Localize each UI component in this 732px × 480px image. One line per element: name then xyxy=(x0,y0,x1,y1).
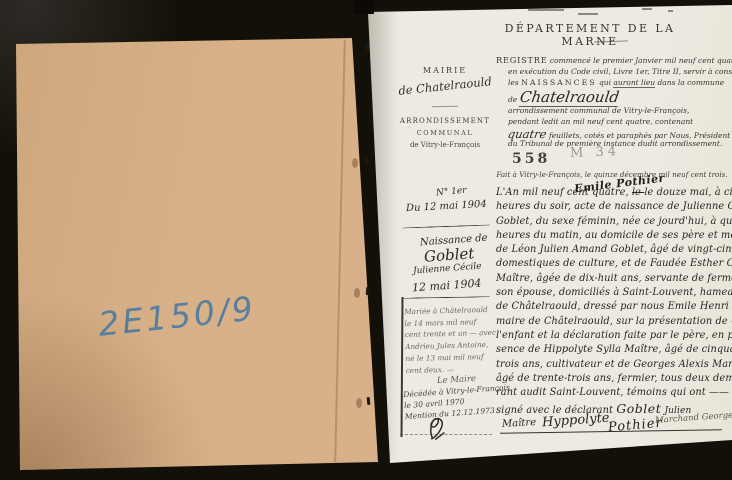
act-line: de Léon Julien Amand Goblet, âgé de ving… xyxy=(496,244,732,258)
registre-line-4: de Chatelraould xyxy=(508,88,732,105)
death-mention: Décédée à Vitry-le-François le 30 avril … xyxy=(403,384,495,423)
faded-ink-mark xyxy=(642,8,652,10)
cover-tear xyxy=(356,398,362,408)
binding-stitch xyxy=(366,42,370,50)
act-line: de Châtelraould, dressé par nous Emile H… xyxy=(496,301,732,315)
registre-line-8: du Tribunal de première instance dudit a… xyxy=(508,139,732,148)
faded-stamp: M 34 xyxy=(570,144,620,161)
registre-line-2: en exécution du Code civil, Livre 1er, T… xyxy=(508,67,732,76)
marriage-mention: Mariée à Châtelraould le 14 mars mil neu… xyxy=(404,304,494,376)
cover-tear xyxy=(352,158,358,168)
communal-label: COMMUNAL xyxy=(398,129,492,137)
act-line: l'enfant et la déclaration faite par le … xyxy=(496,330,732,344)
spine-gap xyxy=(354,0,374,14)
arrondissement-label: ARRONDISSEMENT xyxy=(398,117,492,125)
act-line: sence de Hippolyte Sylla Maître, âgé de … xyxy=(496,344,732,358)
binding-stitch xyxy=(366,287,370,295)
naissances-word: NAISSANCES xyxy=(521,78,597,87)
binding-stitch xyxy=(365,156,369,164)
act-line: trois ans, cultivateur et de Georges Ale… xyxy=(496,359,732,373)
scanned-register-photo: 2E150/9 DÉPARTEMENT DE LA MARNE MAIRIE d… xyxy=(0,0,732,480)
marriage-mention-line: cent deux. — xyxy=(406,362,494,376)
registre-line-3-mid: qui xyxy=(597,78,614,87)
declarant-signature: Goblet xyxy=(616,401,661,416)
signature-maitre: Maître xyxy=(502,417,537,430)
struck-word: le xyxy=(632,187,644,198)
arrondissement-name: de Vitry-le-François xyxy=(398,141,492,149)
registre-line-3-underlined: auront lieu xyxy=(613,78,655,88)
act-body-text: L'An mil neuf cent quatre, le le douze m… xyxy=(496,187,732,416)
act-line: domestiques de culture, et de Faudée Est… xyxy=(496,258,732,272)
faded-ink-mark xyxy=(578,13,598,15)
registre-line-3-end: dans la commune xyxy=(655,78,724,87)
marriage-mention-line: né le 13 mai mil neuf xyxy=(405,351,493,365)
registre-line-3: les NAISSANCES qui auront lieu dans la c… xyxy=(508,78,732,87)
mention-box-bottom-rule xyxy=(400,434,492,435)
maire-signoff: Le Maire xyxy=(437,374,476,386)
marriage-mention-line: Mariée à Châtelraould xyxy=(404,304,492,318)
faded-ink-mark xyxy=(668,10,673,12)
act-line: âgé de trente-trois ans, fermier, tous d… xyxy=(496,373,732,387)
registre-line-6: pendant ledit an mil neuf cent quatre, c… xyxy=(508,117,732,126)
paraph-flourish-icon xyxy=(422,411,450,442)
act-line: rant audit Saint-Louvent, témoins qui on… xyxy=(496,387,732,401)
commune-name-handwritten: Chatelraould xyxy=(518,88,620,107)
mairie-label: MAIRIE xyxy=(398,66,492,75)
registre-line-4-pre: de xyxy=(508,95,520,104)
registre-line-1-rest: commencé le premier Janvier mil neuf cen… xyxy=(548,56,732,65)
registre-line-5: arrondissement communal de Vitry-le-Fran… xyxy=(508,106,732,115)
act-line: son épouse, domiciliés à Saint-Louvent, … xyxy=(496,287,732,301)
act-line: maire de Châtelraould, sur la présentati… xyxy=(496,316,732,330)
act-line-1-pre: L'An mil neuf cent quatre, xyxy=(496,187,632,198)
registre-line-3-pre: les xyxy=(508,78,521,87)
act-line-1-post: le douze mai, à cinq xyxy=(644,187,732,198)
folio-number-stamp: 558 xyxy=(512,151,550,167)
act-line: heures du soir, acte de naissance de Jul… xyxy=(496,201,732,215)
act-line: heures du matin, au domicile de ses père… xyxy=(496,230,732,244)
act-line: Maître, âgée de dix-huit ans, servante d… xyxy=(496,273,732,287)
act-line: L'An mil neuf cent quatre, le le douze m… xyxy=(496,187,732,201)
cover-tear xyxy=(354,288,360,298)
department-title: DÉPARTEMENT DE LA MARNE xyxy=(480,22,700,48)
registre-line-1: REGISTRE commencé le premier Janvier mil… xyxy=(496,55,730,65)
registre-word: REGISTRE xyxy=(496,55,548,65)
act-line: Goblet, du sexe féminin, née ce jourd'hu… xyxy=(496,216,732,230)
faded-ink-mark xyxy=(528,9,564,11)
